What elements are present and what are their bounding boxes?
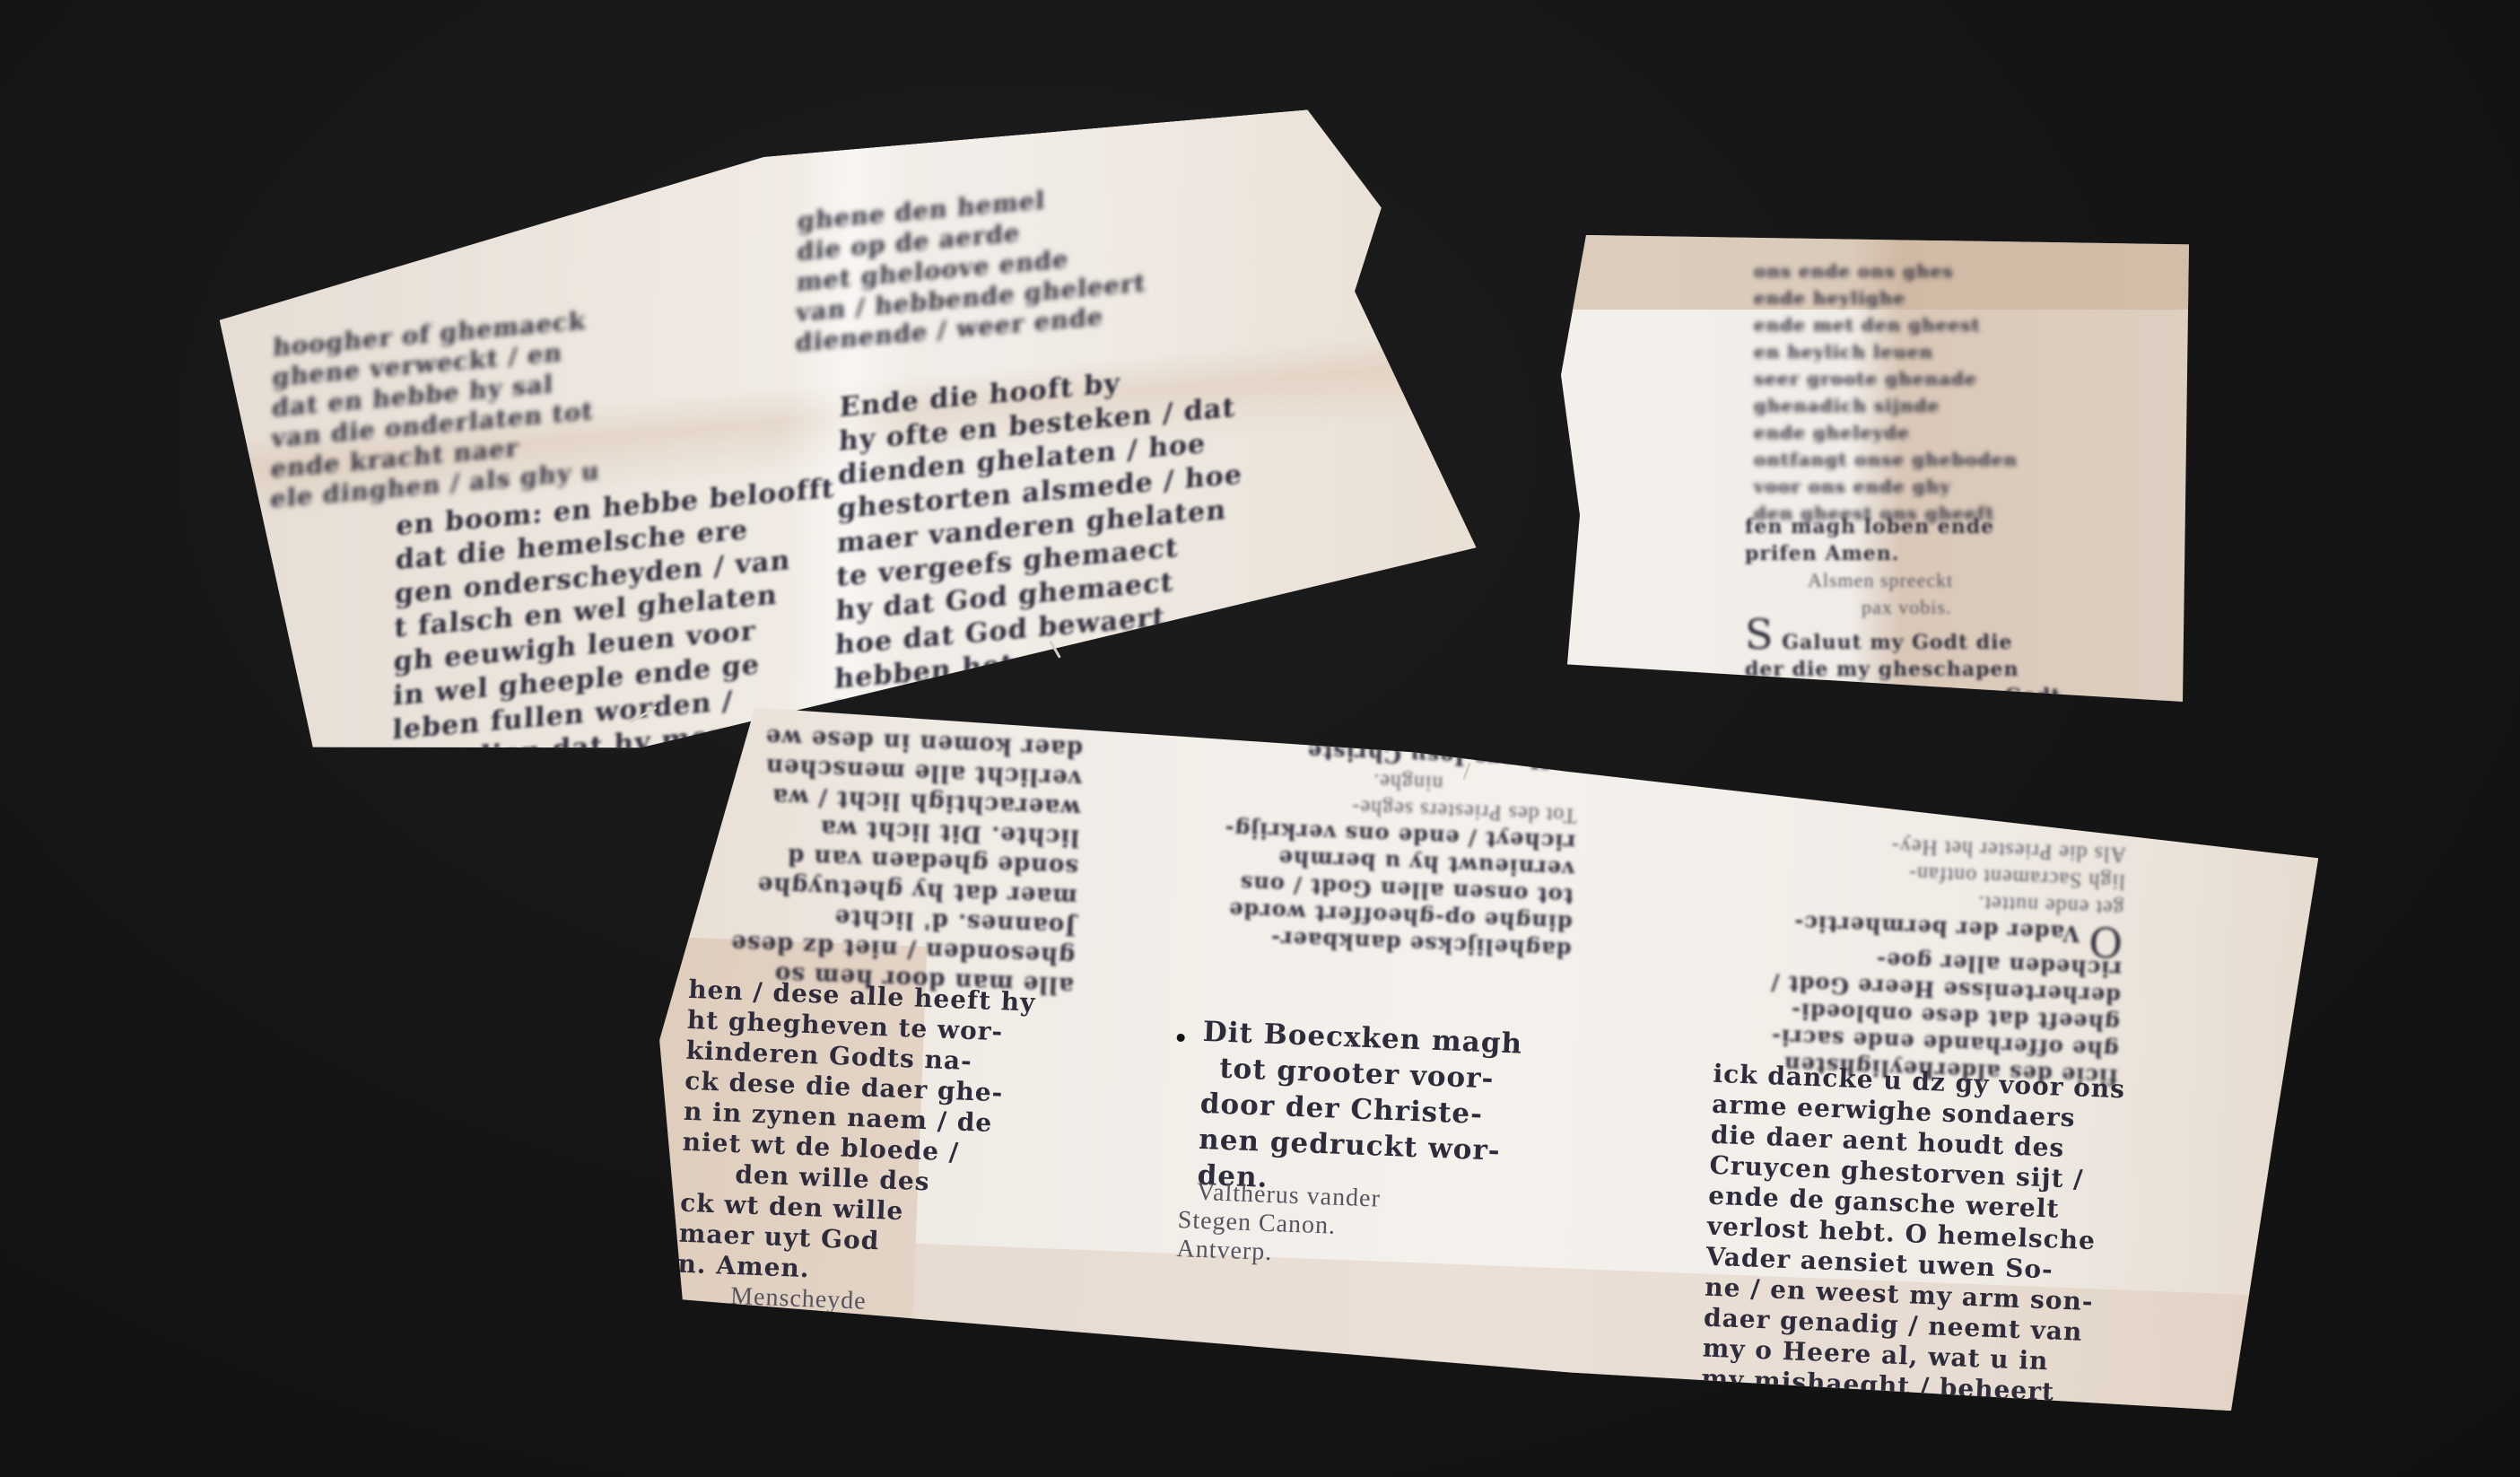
paper-fragment-bottom: alle man door hem so ghesonden / niet dz… (648, 704, 2322, 1413)
text-block-upside-down-left: alle man door hem so ghesonden / niet dz… (728, 721, 1083, 1001)
ink-spot (1176, 1034, 1184, 1042)
text-block-top-right-upper: ons ende ons ghes ende heylighe ende met… (1754, 258, 2018, 527)
text-block-top-left-1: hoogher of ghemaeck ghene verweckt / en … (270, 305, 603, 516)
text-block-top-left-4: Ende die hooft by hy ofte en besteken / … (833, 356, 1245, 765)
photo-scene: hoogher of ghemaeck ghene verweckt / en … (0, 0, 2520, 1477)
text-block-top-left-2: ghene den hemel die op de aerde met ghel… (795, 177, 1147, 359)
text-block-lower-right: ick dancke u dz gy voor ons arme eerwigh… (1701, 1059, 2126, 1410)
text-block-top-right-lower: fen magh loben ende prifen Amen. Alsmen … (1745, 513, 2062, 702)
paper-fragment-top-left: hoogher of ghemaeck ghene verweckt / en … (212, 94, 1485, 785)
paper-fragment-top-right: ons ende ons ghes ende heylighe ende met… (1561, 235, 2189, 702)
drop-cap: S (1745, 610, 1774, 659)
text-block-lower-left: hen / dese alle heeft hy ht ghegheven te… (676, 974, 1036, 1324)
drop-cap: O (2087, 917, 2123, 966)
colophon-title: Dit Boecxken magh tot grooter voor- door… (1197, 1014, 1523, 1206)
text-block-upside-down-right: ficie des alderheylighsten ghe offerhand… (1766, 827, 2126, 1090)
text-block-upside-down-middle: daghelijckse dankbaer- dinghe op-gheoffe… (1219, 735, 1579, 964)
colophon-author: Valtherus vander Stegen Canon. Antverp. (1176, 1177, 1381, 1272)
